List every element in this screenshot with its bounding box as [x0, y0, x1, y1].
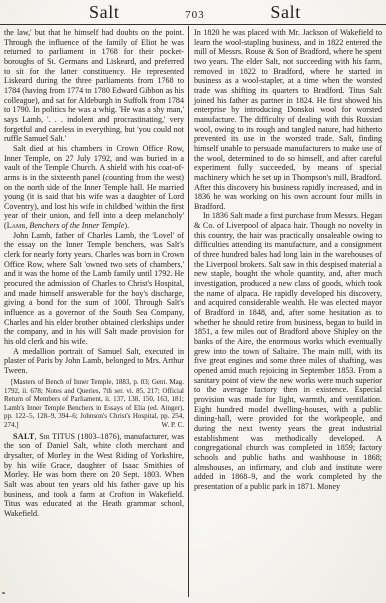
header-title-right: Salt	[270, 2, 300, 23]
text-segment: John Lamb, father of Charles Lamb, the '…	[4, 231, 184, 308]
ink-speck	[2, 592, 5, 594]
text-segment: Lamb	[7, 221, 26, 230]
text-segment: ).	[124, 221, 129, 230]
text-segment: Salt died at his chambers in Crown Offic…	[4, 144, 184, 230]
text-segment: Benchers of the Inner Temple	[29, 221, 124, 230]
para-john-lamb: John Lamb, father of Charles Lamb, the '…	[4, 231, 184, 347]
para-medallion-portrait: A medallion portrait of Samuel Salt, exe…	[4, 347, 184, 376]
header-rule	[0, 24, 386, 25]
header-title-left: Salt	[89, 2, 119, 23]
para-titus-alpaca-saltaire: In 1836 Salt made a first purchase from …	[194, 211, 382, 491]
book-page: Salt 703 Salt the law,' but that he hims…	[0, 0, 386, 603]
right-column: In 1820 he was placed with Mr. Jackson o…	[194, 28, 382, 492]
para-titus-wool-stapling: In 1820 he was placed with Mr. Jackson o…	[194, 28, 382, 211]
text-segment: SALT	[13, 432, 35, 441]
page-number: 703	[185, 9, 205, 21]
author-initials: W. P. C.	[154, 421, 184, 430]
text-segment: TITUS (1803–1876), manufacturer, was the…	[4, 432, 184, 518]
bibliography: [Masters of Bench of Inner Temple, 1883,…	[4, 378, 184, 429]
left-column: the law,' but that he himself had doubts…	[4, 28, 184, 519]
running-header: Salt 703 Salt	[0, 2, 386, 24]
para-samuel-salt-death: Salt died at his chambers in Crown Offic…	[4, 144, 184, 231]
text-segment: Sir	[39, 432, 50, 441]
para-samuel-salt-parliament: the law,' but that he himself had doubts…	[4, 28, 184, 144]
entry-titus-salt: SALT, Sir TITUS (1803–1876), manufacture…	[4, 432, 184, 519]
column-divider	[188, 26, 189, 597]
